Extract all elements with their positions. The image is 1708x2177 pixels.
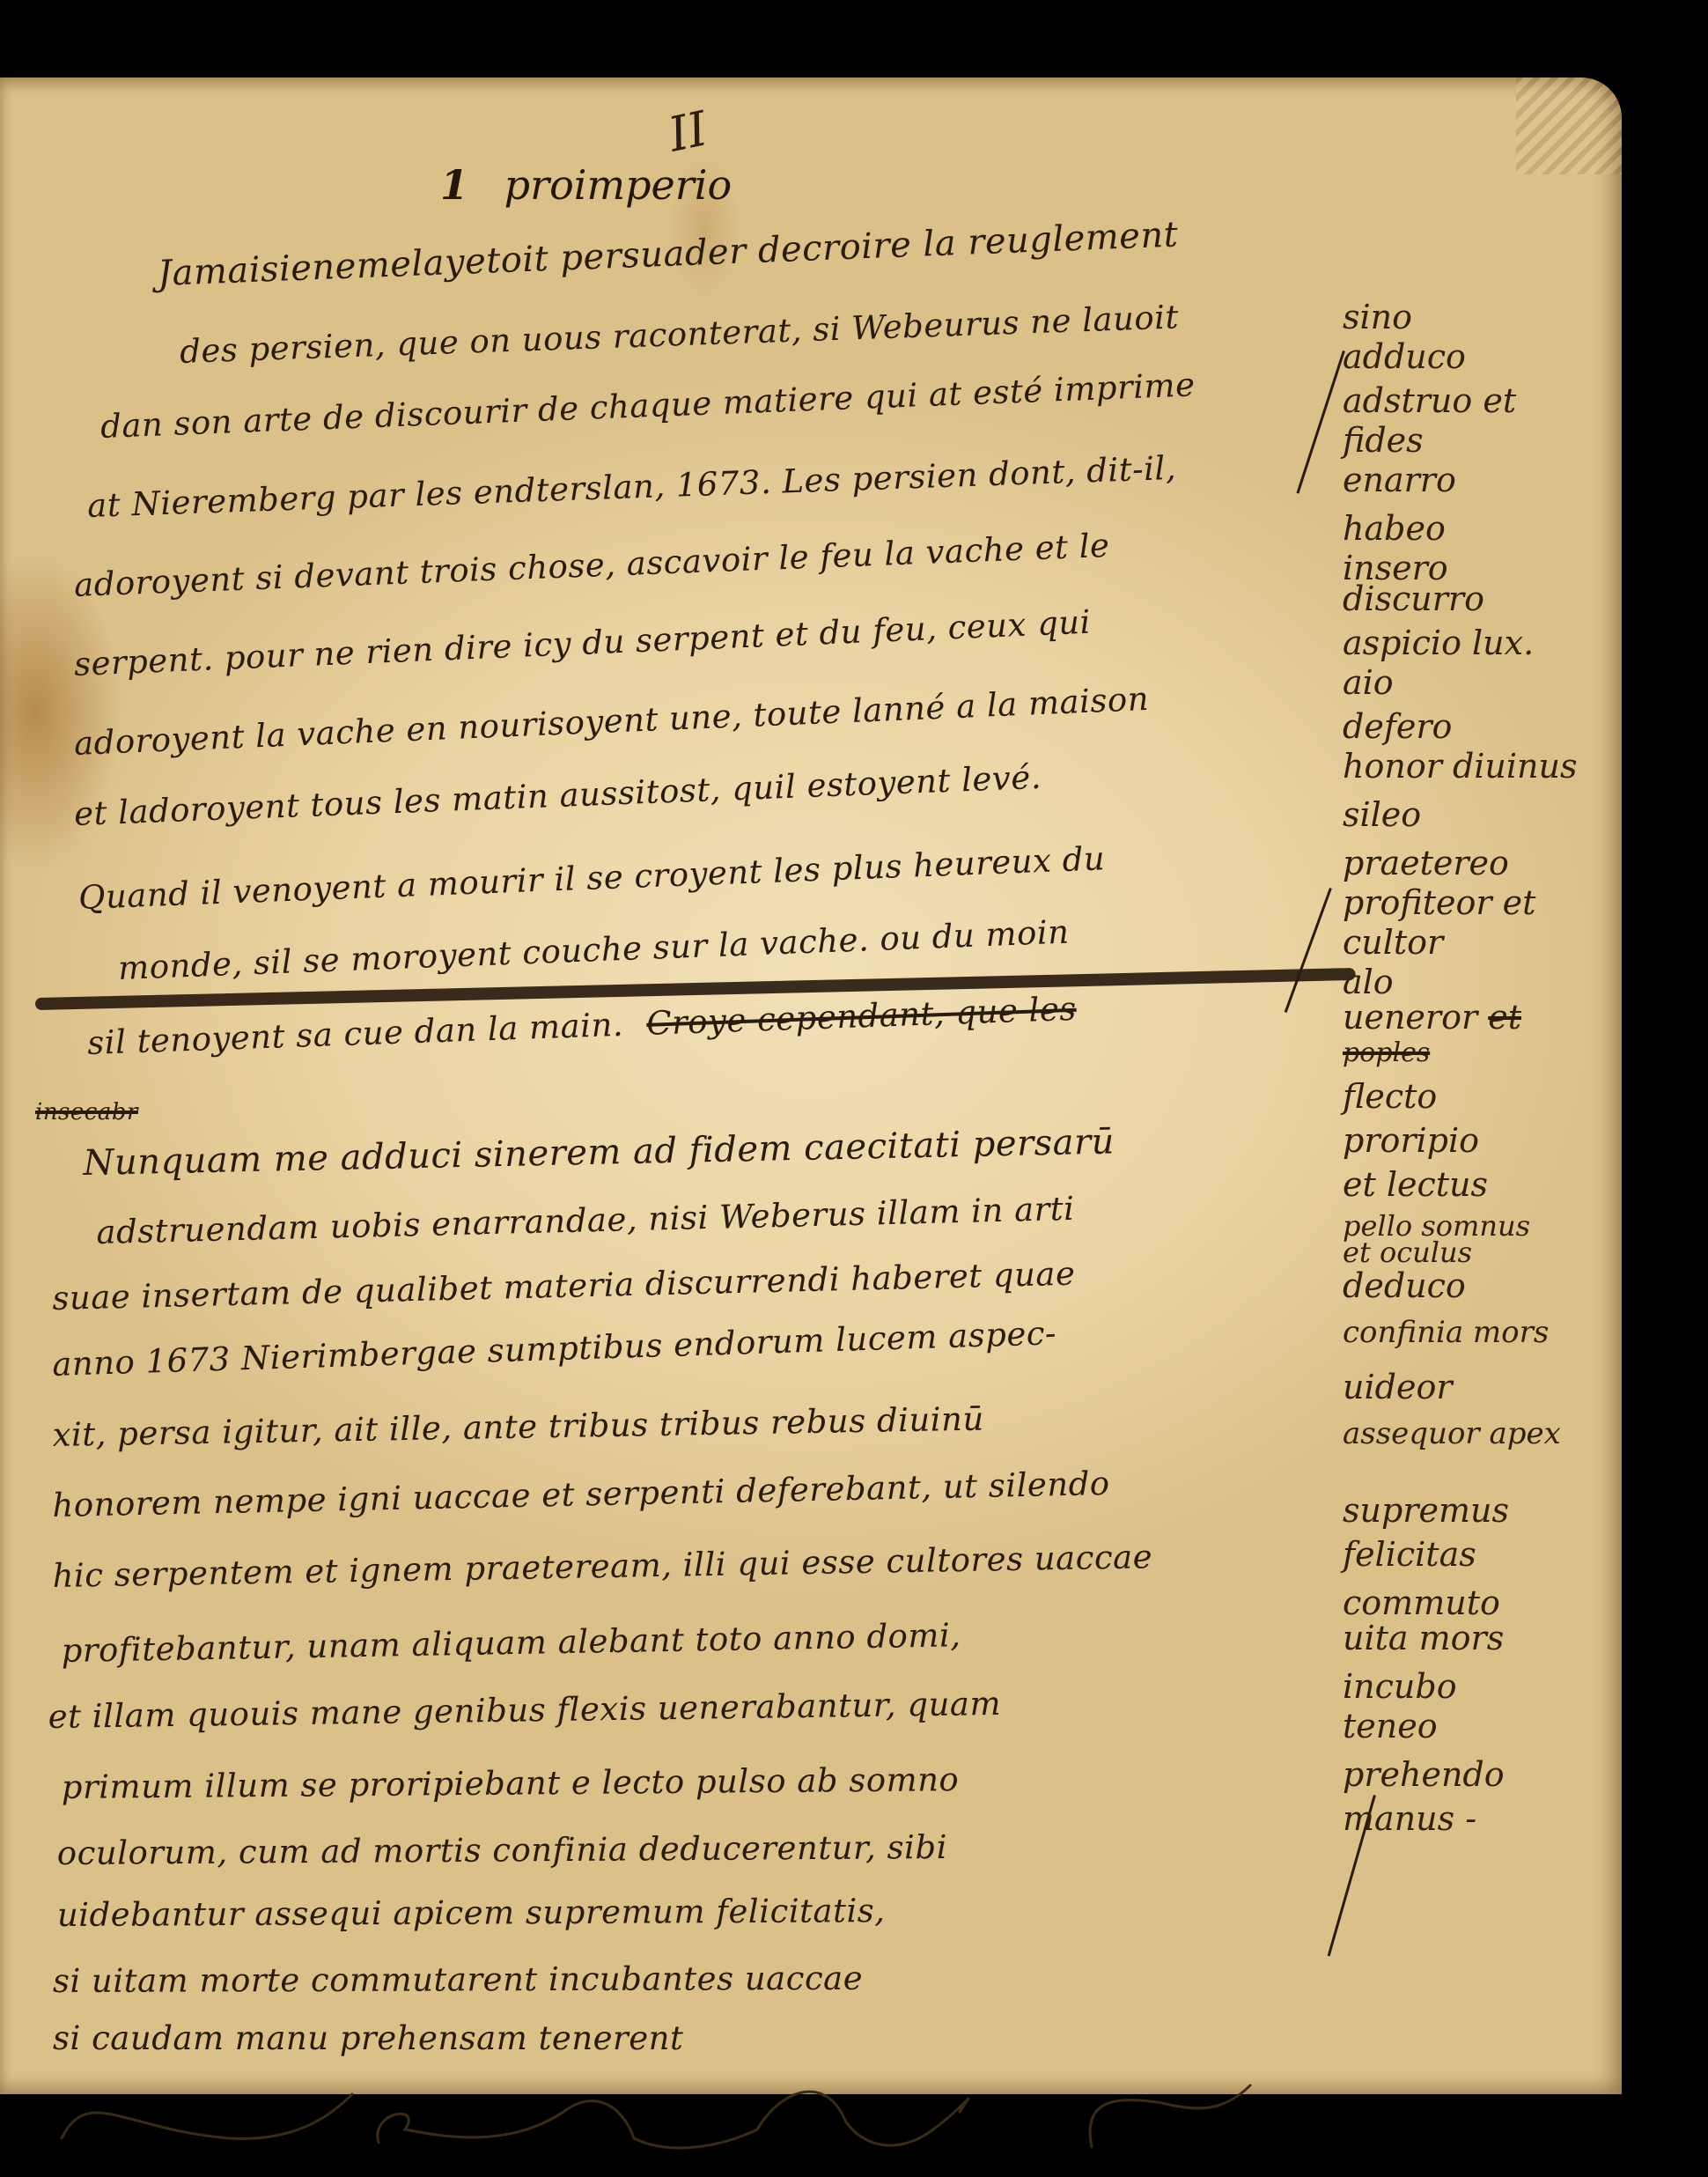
gloss-word: proripio	[1343, 1121, 1479, 1160]
gloss-word: praetereo	[1343, 844, 1509, 882]
text-line: uidebantur assequi apicem supremum felic…	[57, 1892, 886, 1934]
gloss-word: uita mors	[1343, 1619, 1504, 1657]
gloss-word: aio	[1343, 663, 1394, 702]
gloss-word: sino	[1343, 298, 1412, 336]
text-line: Jamaisienemelayetoit persuader decroire …	[157, 215, 1179, 294]
text-line: oculorum, cum ad mortis confinia deducer…	[57, 1828, 947, 1872]
gloss-word: prehendo	[1343, 1755, 1505, 1794]
text-line: et ladoroyent tous les matin aussitost, …	[73, 758, 1042, 833]
gloss-word: honor diuinus	[1343, 747, 1578, 786]
gloss-word: et lectus	[1343, 1165, 1488, 1204]
gloss-word: fides	[1343, 421, 1424, 460]
text-line: profitebantur, unam aliquam alebant toto…	[61, 1616, 961, 1670]
text-line: at Nieremberg par les endterslan, 1673. …	[86, 449, 1176, 525]
gloss-word: deduco	[1343, 1266, 1466, 1305]
gloss-word: et oculus	[1343, 1236, 1472, 1269]
text-line: Quand il venoyent a mourir il se croyent…	[77, 839, 1106, 917]
text-line: adstruendam uobis enarrandae, nisi Weber…	[96, 1190, 1075, 1251]
section-number: 1	[440, 161, 468, 209]
gloss-word: enarro	[1343, 461, 1456, 499]
decorative-flourish-icon	[53, 2077, 1620, 2156]
gloss-word-struck: et	[1488, 998, 1521, 1037]
margin-bracket-line	[1296, 351, 1344, 494]
manuscript-page: II 1 proimperio Jamaisienemelayetoit per…	[0, 77, 1622, 2094]
gloss-word: felicitas	[1343, 1535, 1476, 1574]
text-line: suae insertam de qualibet materia discur…	[52, 1255, 1076, 1317]
text-line: xit, persa igitur, ait ille, ante tribus…	[52, 1400, 984, 1454]
text-line: monde, sil se moroyent couche sur la vac…	[117, 913, 1070, 987]
text-line: des persien, que on uous raconterat, si …	[179, 298, 1179, 371]
gloss-word-text: ueneror	[1343, 998, 1477, 1037]
gloss-word: incubo	[1343, 1667, 1457, 1706]
gloss-word: discurro	[1343, 579, 1484, 618]
struck-line: insecabr	[35, 1099, 138, 1125]
gloss-word: manus -	[1343, 1799, 1476, 1838]
gloss-word-struck: poples	[1343, 1037, 1430, 1068]
text-line: si caudam manu prehensam tenerent	[53, 2019, 683, 2057]
gloss-word: cultor	[1343, 923, 1443, 962]
text-line: primum illum se proripiebant e lecto pul…	[62, 1760, 960, 1806]
text-line: hic serpentem et ignem praeteream, illi …	[52, 1538, 1152, 1595]
gloss-word: habeo	[1343, 509, 1446, 548]
gloss-word: confinia mors	[1343, 1315, 1549, 1350]
gloss-word: assequor apex	[1343, 1416, 1561, 1451]
gloss-word: adduco	[1343, 337, 1466, 376]
gloss-word: defero	[1343, 707, 1452, 746]
gloss-word: adstruo et	[1343, 381, 1516, 420]
text-line: si uitam morte commutarent incubantes ua…	[53, 1959, 863, 2000]
text-line: adoroyent si devant trois chose, ascavoi…	[73, 527, 1110, 604]
gloss-word: sileo	[1343, 795, 1421, 834]
gloss-word: supremus	[1343, 1491, 1509, 1530]
section-heading: 1 proimperio	[440, 161, 732, 209]
text-line: Nunquam me adduci sinerem ad fidem caeci…	[83, 1121, 1115, 1184]
text-line: serpent. pour ne rien dire icy du serpen…	[73, 603, 1092, 683]
struck-text: Croye cependant, que les	[646, 990, 1078, 1043]
gloss-word: ueneror et	[1343, 998, 1521, 1037]
text-line-main: sil tenoyent sa cue dan la main.	[86, 1006, 623, 1062]
section-title: proimperio	[504, 161, 733, 209]
gloss-word: profiteor et	[1343, 883, 1535, 922]
margin-bracket-line	[1285, 888, 1332, 1013]
text-line: dan son arte de discourir de chaque mati…	[99, 365, 1196, 446]
gloss-word: alo	[1343, 963, 1394, 1001]
gloss-word: teneo	[1343, 1707, 1438, 1745]
folio-number: II	[664, 100, 712, 162]
text-line: honorem nempe igni uaccae et serpenti de…	[52, 1465, 1110, 1524]
text-line: anno 1673 Nierimbergae sumptibus endorum…	[52, 1314, 1057, 1384]
gloss-word: commuto	[1343, 1583, 1500, 1622]
gloss-word: aspicio lux.	[1343, 624, 1534, 662]
text-line: et illam quouis mane genibus flexis uene…	[48, 1685, 1001, 1736]
gloss-word: flecto	[1343, 1077, 1437, 1116]
text-line: adoroyent la vache en nourisoyent une, t…	[73, 680, 1150, 763]
gloss-word: uideor	[1343, 1368, 1452, 1406]
